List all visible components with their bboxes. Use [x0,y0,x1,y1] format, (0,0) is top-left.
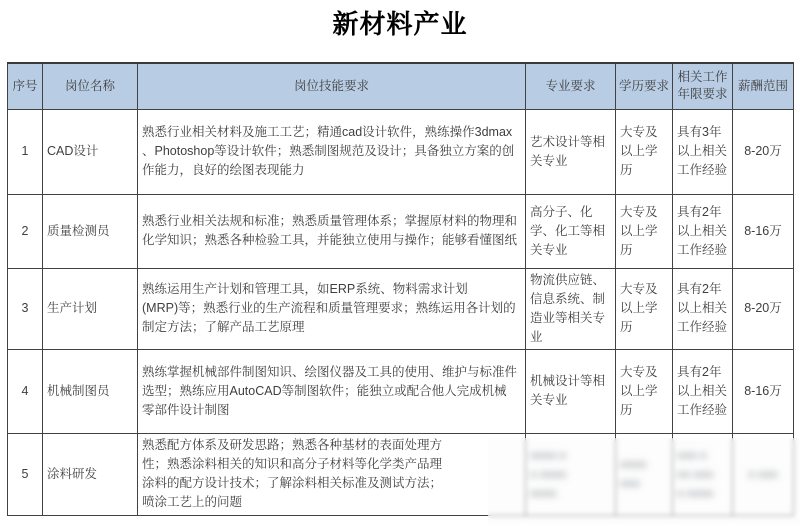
table-row: 3 生产计划 熟练运用生产计划和管理工具，如ERP系统、物料需求计划 (MRP)… [8,268,794,349]
table-row: 2 质量检测员 熟悉行业相关法规和标准；熟悉质量管理体系；掌握原材料的物理和 化… [8,194,794,268]
col-header-no: 序号 [8,63,43,109]
col-header-position: 岗位名称 [43,63,138,109]
cell-major: 物流供应链、信息系统、制造业等相关专业 [526,268,616,349]
cell-salary: 8-20万 [733,109,794,194]
cell-position: 生产计划 [43,268,138,349]
cell-position: 机械制图员 [43,349,138,433]
cell-experience: 具有3年以上相关工作经验 [673,109,733,194]
cell-skills: 熟悉行业相关材料及施工工艺；精通cad设计软件，熟练操作3dmax 、Photo… [138,109,526,194]
table-row: 1 CAD设计 熟悉行业相关材料及施工工艺；精通cad设计软件，熟练操作3dma… [8,109,794,194]
cell-education: 大专及以上学历 [616,194,673,268]
table-header-row: 序号 岗位名称 岗位技能要求 专业要求 学历要求 相关工作年限要求 薪酬范围 [8,63,794,109]
cell-skills: 熟悉行业相关法规和标准；熟悉质量管理体系；掌握原材料的物理和 化学知识；熟悉各种… [138,194,526,268]
cell-education: 大专及以上学历 [616,268,673,349]
cell-no: 5 [8,433,43,515]
cell-salary: 8-16万 [733,194,794,268]
table-row: 4 机械制图员 熟练掌握机械部件制图知识、绘图仪器及工具的使用、维护与标准件 选… [8,349,794,433]
cell-education: 大专及以上学历 [616,109,673,194]
col-header-skills: 岗位技能要求 [138,63,526,109]
cell-education: 大专及以上学历 [616,349,673,433]
cell-experience: 具有2年以上相关工作经验 [673,268,733,349]
cell-skills: 熟悉配方体系及研发思路；熟悉各种基材的表面处理方 性；熟悉涂料相关的知识和高分子… [138,433,526,515]
cell-no: 2 [8,194,43,268]
cell-salary: 8-16万 [733,349,794,433]
cell-no: 4 [8,349,43,433]
cell-major: 高分子、化学、化工等相关专业 [526,194,616,268]
cell-major: 机械设计等相关专业 [526,349,616,433]
cell-experience: 具有2年以上相关工作经验 [673,194,733,268]
cell-experience: 具有2年以上相关工作经验 [673,349,733,433]
page: 新材料产业 序号 岗位名称 岗位技能要求 专业要求 学历要求 相关工作年限要求 … [0,0,800,524]
cell-position: 涂料研发 [43,433,138,515]
page-title: 新材料产业 [0,4,800,41]
col-header-major: 专业要求 [526,63,616,109]
col-header-salary: 薪酬范围 [733,63,794,109]
col-header-education: 学历要求 [616,63,673,109]
cell-position: CAD设计 [43,109,138,194]
col-header-experience: 相关工作年限要求 [673,63,733,109]
cell-salary: 8-20万 [733,268,794,349]
cell-skills: 熟练运用生产计划和管理工具，如ERP系统、物料需求计划 (MRP)等；熟悉行业的… [138,268,526,349]
censored-region [488,438,800,524]
cell-no: 3 [8,268,43,349]
cell-no: 1 [8,109,43,194]
cell-skills: 熟练掌握机械部件制图知识、绘图仪器及工具的使用、维护与标准件 选型；熟练应用Au… [138,349,526,433]
cell-position: 质量检测员 [43,194,138,268]
cell-major: 艺术设计等相关专业 [526,109,616,194]
